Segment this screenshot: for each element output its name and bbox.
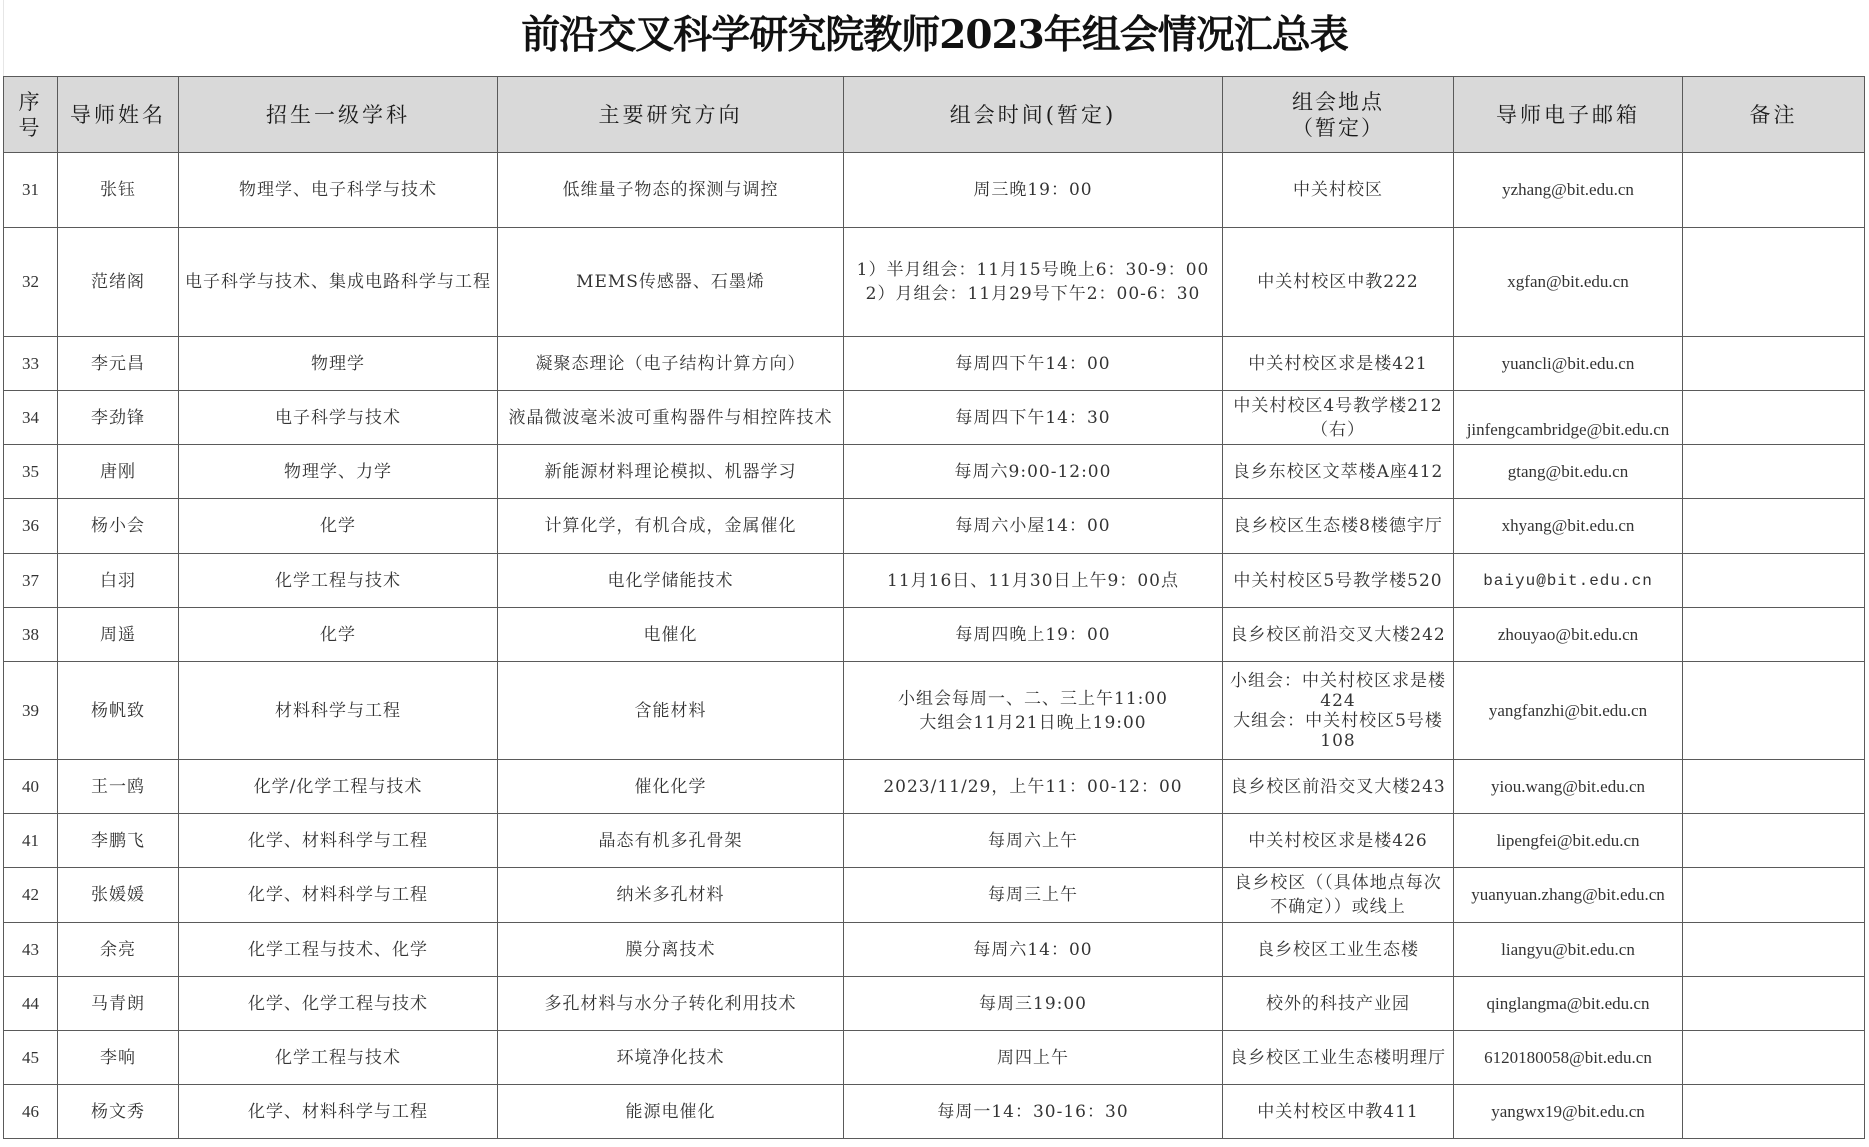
cell-time-line: 2）月组会：11月29号下午2：00-6：30 [847, 282, 1219, 306]
header-email[interactable]: 导师电子邮箱 [1454, 77, 1683, 153]
table-row: 31张钰物理学、电子科学与技术低维量子物态的探测与调控周三晚19：00中关村校区… [4, 153, 1865, 228]
header-location-line2: （暂定） [1226, 115, 1450, 141]
cell-location[interactable]: 良乡校区（（具体地点每次不确定））或线上 [1223, 868, 1454, 923]
cell-index[interactable]: 37 [4, 554, 58, 608]
cell-location-line: 小组会：中关村校区求是楼 [1226, 671, 1450, 691]
cell-remarks[interactable] [1683, 977, 1865, 1031]
cell-discipline[interactable]: 化学/化学工程与技术 [179, 760, 498, 814]
cell-location-line: 中关村校区求是楼421 [1226, 352, 1450, 376]
cell-discipline[interactable]: 化学工程与技术、化学 [179, 923, 498, 977]
cell-location-line: 大组会：中关村校区5号楼 [1226, 711, 1450, 731]
cell-time[interactable]: 1）半月组会：11月15号晚上6：30-9：002）月组会：11月29号下午2：… [844, 228, 1223, 337]
cell-time[interactable]: 每周三19:00 [844, 977, 1223, 1031]
cell-advisor[interactable]: 李鹏飞 [58, 814, 179, 868]
cell-time[interactable]: 每周六9:00-12:00 [844, 445, 1223, 499]
cell-location[interactable]: 中关村校区5号教学楼520 [1223, 554, 1454, 608]
cell-location[interactable]: 中关村校区中教411 [1223, 1085, 1454, 1139]
cell-time-line: 大组会11月21日晚上19:00 [847, 711, 1219, 735]
cell-location[interactable]: 中关村校区4号教学楼212（右） [1223, 391, 1454, 445]
cell-research[interactable]: 催化化学 [498, 760, 844, 814]
cell-time-line: 每周六小屋14：00 [847, 514, 1219, 538]
cell-time[interactable]: 每周六小屋14：00 [844, 499, 1223, 554]
cell-time-line: 每周六上午 [847, 829, 1219, 853]
header-advisor[interactable]: 导师姓名 [58, 77, 179, 153]
cell-location-line: 中关村校区中教222 [1226, 270, 1450, 294]
cell-time[interactable]: 每周三上午 [844, 868, 1223, 923]
cell-remarks[interactable] [1683, 814, 1865, 868]
table-body: 31张钰物理学、电子科学与技术低维量子物态的探测与调控周三晚19：00中关村校区… [4, 153, 1865, 1139]
cell-email[interactable]: zhouyao@bit.edu.cn [1454, 608, 1683, 662]
cell-remarks[interactable] [1683, 923, 1865, 977]
cell-email[interactable]: jinfengcambridge@bit.edu.cn [1454, 391, 1683, 445]
table-row: 34李劲锋电子科学与技术液晶微波毫米波可重构器件与相控阵技术每周四下午14：30… [4, 391, 1865, 445]
cell-remarks[interactable] [1683, 228, 1865, 337]
cell-email[interactable]: baiyu@bit.edu.cn [1454, 554, 1683, 608]
table-row: 35唐刚物理学、力学新能源材料理论模拟、机器学习每周六9:00-12:00良乡东… [4, 445, 1865, 499]
cell-discipline[interactable]: 化学工程与技术 [179, 554, 498, 608]
header-research[interactable]: 主要研究方向 [498, 77, 844, 153]
cell-location[interactable]: 良乡校区工业生态楼 [1223, 923, 1454, 977]
cell-email[interactable]: yiou.wang@bit.edu.cn [1454, 760, 1683, 814]
page-title: 前沿交叉科学研究院教师2023年组会情况汇总表 [0, 10, 1869, 60]
cell-advisor[interactable]: 张钰 [58, 153, 179, 228]
cell-remarks[interactable] [1683, 662, 1865, 760]
cell-location-line: 中关村校区4号教学楼212 [1226, 394, 1450, 418]
cell-advisor[interactable]: 白羽 [58, 554, 179, 608]
cell-advisor[interactable]: 李元昌 [58, 337, 179, 391]
cell-index[interactable]: 33 [4, 337, 58, 391]
cell-location[interactable]: 中关村校区中教222 [1223, 228, 1454, 337]
cell-discipline[interactable]: 化学、材料科学与工程 [179, 1085, 498, 1139]
cell-time[interactable]: 每周四下午14：30 [844, 391, 1223, 445]
table-row: 41李鹏飞化学、材料科学与工程晶态有机多孔骨架每周六上午中关村校区求是楼426l… [4, 814, 1865, 868]
cell-email[interactable]: yangfanzhi@bit.edu.cn [1454, 662, 1683, 760]
cell-research[interactable]: 晶态有机多孔骨架 [498, 814, 844, 868]
cell-time-line: 每周三上午 [847, 883, 1219, 907]
table-row: 33李元昌物理学凝聚态理论（电子结构计算方向）每周四下午14：00中关村校区求是… [4, 337, 1865, 391]
cell-email[interactable]: yzhang@bit.edu.cn [1454, 153, 1683, 228]
cell-location-line: 中关村校区中教411 [1226, 1100, 1450, 1124]
cell-discipline[interactable]: 化学、化学工程与技术 [179, 977, 498, 1031]
cell-research[interactable]: 计算化学，有机合成，金属催化 [498, 499, 844, 554]
cell-email[interactable]: xhyang@bit.edu.cn [1454, 499, 1683, 554]
cell-email[interactable]: yuancli@bit.edu.cn [1454, 337, 1683, 391]
cell-remarks[interactable] [1683, 337, 1865, 391]
cell-advisor[interactable]: 张媛媛 [58, 868, 179, 923]
cell-time[interactable]: 每周四晚上19：00 [844, 608, 1223, 662]
cell-time[interactable]: 小组会每周一、二、三上午11:00大组会11月21日晚上19:00 [844, 662, 1223, 760]
cell-advisor[interactable]: 李劲锋 [58, 391, 179, 445]
cell-location-line: 良乡校区工业生态楼明理厅 [1226, 1046, 1450, 1070]
cell-discipline[interactable]: 物理学 [179, 337, 498, 391]
cell-index[interactable]: 36 [4, 499, 58, 554]
cell-research[interactable]: 电催化 [498, 608, 844, 662]
cell-location-line: 良乡校区工业生态楼 [1226, 938, 1450, 962]
cell-time[interactable]: 周三晚19：00 [844, 153, 1223, 228]
cell-research[interactable]: 新能源材料理论模拟、机器学习 [498, 445, 844, 499]
cell-advisor[interactable]: 范绪阁 [58, 228, 179, 337]
table-row: 43余亮化学工程与技术、化学膜分离技术每周六14：00良乡校区工业生态楼lian… [4, 923, 1865, 977]
cell-advisor[interactable]: 马青朗 [58, 977, 179, 1031]
cell-time-line: 每周四下午14：00 [847, 352, 1219, 376]
cell-remarks[interactable] [1683, 554, 1865, 608]
cell-email[interactable]: yuanyuan.zhang@bit.edu.cn [1454, 868, 1683, 923]
cell-time-line: 周四上午 [847, 1046, 1219, 1070]
cell-index[interactable]: 32 [4, 228, 58, 337]
table-row: 36杨小会化学计算化学，有机合成，金属催化每周六小屋14：00良乡校区生态楼8楼… [4, 499, 1865, 554]
cell-time[interactable]: 每周六上午 [844, 814, 1223, 868]
cell-time-line: 11月16日、11月30日上午9：00点 [847, 569, 1219, 593]
cell-index[interactable]: 35 [4, 445, 58, 499]
table-row: 44马青朗化学、化学工程与技术多孔材料与水分子转化利用技术每周三19:00校外的… [4, 977, 1865, 1031]
cell-time[interactable]: 周四上午 [844, 1031, 1223, 1085]
cell-location[interactable]: 良乡东校区文萃楼A座412 [1223, 445, 1454, 499]
cell-location-line: 良乡校区前沿交叉大楼243 [1226, 775, 1450, 799]
cell-location[interactable]: 良乡校区生态楼8楼德宇厅 [1223, 499, 1454, 554]
cell-location-line: 良乡校区（（具体地点每次 [1226, 871, 1450, 895]
cell-research[interactable]: 凝聚态理论（电子结构计算方向） [498, 337, 844, 391]
header-location-line1: 组会地点 [1226, 89, 1450, 115]
cell-time[interactable]: 每周一14：30-16：30 [844, 1085, 1223, 1139]
cell-research[interactable]: 纳米多孔材料 [498, 868, 844, 923]
cell-advisor[interactable]: 李响 [58, 1031, 179, 1085]
cell-discipline[interactable]: 化学 [179, 499, 498, 554]
cell-remarks[interactable] [1683, 391, 1865, 445]
header-time[interactable]: 组会时间(暂定) [844, 77, 1223, 153]
cell-index[interactable]: 31 [4, 153, 58, 228]
cell-research[interactable]: 多孔材料与水分子转化利用技术 [498, 977, 844, 1031]
cell-location[interactable]: 良乡校区前沿交叉大楼242 [1223, 608, 1454, 662]
cell-time[interactable]: 每周四下午14：00 [844, 337, 1223, 391]
cell-research[interactable]: 含能材料 [498, 662, 844, 760]
cell-remarks[interactable] [1683, 1085, 1865, 1139]
cell-location-line: 中关村校区求是楼426 [1226, 829, 1450, 853]
cell-email[interactable]: qinglangma@bit.edu.cn [1454, 977, 1683, 1031]
cell-advisor[interactable]: 周遥 [58, 608, 179, 662]
cell-index[interactable]: 42 [4, 868, 58, 923]
cell-remarks[interactable] [1683, 760, 1865, 814]
cell-index[interactable]: 45 [4, 1031, 58, 1085]
cell-location[interactable]: 校外的科技产业园 [1223, 977, 1454, 1031]
table-row: 42张媛媛化学、材料科学与工程纳米多孔材料每周三上午良乡校区（（具体地点每次不确… [4, 868, 1865, 923]
cell-index[interactable]: 44 [4, 977, 58, 1031]
cell-location[interactable]: 良乡校区前沿交叉大楼243 [1223, 760, 1454, 814]
cell-location[interactable]: 小组会：中关村校区求是楼424大组会：中关村校区5号楼108 [1223, 662, 1454, 760]
header-row: 序号 导师姓名 招生一级学科 主要研究方向 组会时间(暂定) 组会地点 （暂定）… [4, 77, 1865, 153]
cell-discipline[interactable]: 化学、材料科学与工程 [179, 814, 498, 868]
cell-remarks[interactable] [1683, 868, 1865, 923]
cell-research[interactable]: MEMS传感器、石墨烯 [498, 228, 844, 337]
cell-research[interactable]: 电化学储能技术 [498, 554, 844, 608]
cell-email[interactable]: 6120180058@bit.edu.cn [1454, 1031, 1683, 1085]
cell-discipline[interactable]: 化学 [179, 608, 498, 662]
table-row: 45李响化学工程与技术环境净化技术周四上午良乡校区工业生态楼明理厅6120180… [4, 1031, 1865, 1085]
cell-location-line: 良乡校区生态楼8楼德宇厅 [1226, 514, 1450, 538]
cell-time-line: 每周三19:00 [847, 992, 1219, 1016]
header-discipline[interactable]: 招生一级学科 [179, 77, 498, 153]
table-row: 46杨文秀化学、材料科学与工程能源电催化每周一14：30-16：30中关村校区中… [4, 1085, 1865, 1139]
cell-time-line: 2023/11/29，上午11：00-12：00 [847, 775, 1219, 799]
cell-location[interactable]: 中关村校区 [1223, 153, 1454, 228]
cell-discipline[interactable]: 物理学、电子科学与技术 [179, 153, 498, 228]
cell-time[interactable]: 2023/11/29，上午11：00-12：00 [844, 760, 1223, 814]
cell-discipline[interactable]: 材料科学与工程 [179, 662, 498, 760]
header-remarks[interactable]: 备注 [1683, 77, 1865, 153]
cell-time-line: 每周一14：30-16：30 [847, 1100, 1219, 1124]
cell-location-line: 424 [1226, 691, 1450, 711]
cell-discipline[interactable]: 物理学、力学 [179, 445, 498, 499]
cell-discipline[interactable]: 电子科学与技术、集成电路科学与工程 [179, 228, 498, 337]
cell-research[interactable]: 低维量子物态的探测与调控 [498, 153, 844, 228]
cell-advisor[interactable]: 杨小会 [58, 499, 179, 554]
header-index[interactable]: 序号 [4, 77, 58, 153]
cell-advisor[interactable]: 杨文秀 [58, 1085, 179, 1139]
cell-email[interactable]: lipengfei@bit.edu.cn [1454, 814, 1683, 868]
cell-location[interactable]: 中关村校区求是楼426 [1223, 814, 1454, 868]
cell-time[interactable]: 每周六14：00 [844, 923, 1223, 977]
table-row: 39杨帆致材料科学与工程含能材料小组会每周一、二、三上午11:00大组会11月2… [4, 662, 1865, 760]
cell-location-line: 良乡校区前沿交叉大楼242 [1226, 623, 1450, 647]
cell-research[interactable]: 能源电催化 [498, 1085, 844, 1139]
cell-time-line: 1）半月组会：11月15号晚上6：30-9：00 [847, 258, 1219, 282]
cell-index[interactable]: 38 [4, 608, 58, 662]
cell-index[interactable]: 39 [4, 662, 58, 760]
cell-location[interactable]: 良乡校区工业生态楼明理厅 [1223, 1031, 1454, 1085]
table-row: 37白羽化学工程与技术电化学储能技术11月16日、11月30日上午9：00点中关… [4, 554, 1865, 608]
cell-discipline[interactable]: 化学、材料科学与工程 [179, 868, 498, 923]
cell-advisor[interactable]: 余亮 [58, 923, 179, 977]
cell-time-line: 每周六14：00 [847, 938, 1219, 962]
cell-time-line: 每周四晚上19：00 [847, 623, 1219, 647]
cell-advisor[interactable]: 王一鸥 [58, 760, 179, 814]
cell-remarks[interactable] [1683, 1031, 1865, 1085]
cell-remarks[interactable] [1683, 499, 1865, 554]
cell-time-line: 周三晚19：00 [847, 178, 1219, 202]
cell-time-line: 每周四下午14：30 [847, 406, 1219, 430]
cell-time-line: 每周六9:00-12:00 [847, 460, 1219, 484]
cell-email[interactable]: liangyu@bit.edu.cn [1454, 923, 1683, 977]
cell-research[interactable]: 膜分离技术 [498, 923, 844, 977]
table-row: 40王一鸥化学/化学工程与技术催化化学2023/11/29，上午11：00-12… [4, 760, 1865, 814]
cell-location[interactable]: 中关村校区求是楼421 [1223, 337, 1454, 391]
header-location[interactable]: 组会地点 （暂定） [1223, 77, 1454, 153]
cell-location-line: （右） [1226, 418, 1450, 442]
cell-index[interactable]: 34 [4, 391, 58, 445]
cell-research[interactable]: 环境净化技术 [498, 1031, 844, 1085]
cell-time[interactable]: 11月16日、11月30日上午9：00点 [844, 554, 1223, 608]
cell-index[interactable]: 43 [4, 923, 58, 977]
cell-discipline[interactable]: 化学工程与技术 [179, 1031, 498, 1085]
cell-email[interactable]: yangwx19@bit.edu.cn [1454, 1085, 1683, 1139]
cell-location-line: 校外的科技产业园 [1226, 992, 1450, 1016]
cell-remarks[interactable] [1683, 608, 1865, 662]
cell-index[interactable]: 40 [4, 760, 58, 814]
cell-discipline[interactable]: 电子科学与技术 [179, 391, 498, 445]
cell-email[interactable]: xgfan@bit.edu.cn [1454, 228, 1683, 337]
table-row: 32范绪阁电子科学与技术、集成电路科学与工程MEMS传感器、石墨烯1）半月组会：… [4, 228, 1865, 337]
cell-index[interactable]: 41 [4, 814, 58, 868]
cell-location-line: 良乡东校区文萃楼A座412 [1226, 460, 1450, 484]
cell-location-line: 中关村校区 [1226, 178, 1450, 202]
cell-advisor[interactable]: 杨帆致 [58, 662, 179, 760]
cell-index[interactable]: 46 [4, 1085, 58, 1139]
cell-time-line: 小组会每周一、二、三上午11:00 [847, 687, 1219, 711]
cell-advisor[interactable]: 唐刚 [58, 445, 179, 499]
cell-email[interactable]: gtang@bit.edu.cn [1454, 445, 1683, 499]
cell-research[interactable]: 液晶微波毫米波可重构器件与相控阵技术 [498, 391, 844, 445]
cell-remarks[interactable] [1683, 153, 1865, 228]
cell-location-line: 108 [1226, 731, 1450, 751]
cell-location-line: 中关村校区5号教学楼520 [1226, 569, 1450, 593]
cell-location-line: 不确定））或线上 [1226, 895, 1450, 919]
cell-remarks[interactable] [1683, 445, 1865, 499]
meeting-summary-table: 序号 导师姓名 招生一级学科 主要研究方向 组会时间(暂定) 组会地点 （暂定）… [3, 76, 1865, 1139]
table-row: 38周遥化学电催化每周四晚上19：00良乡校区前沿交叉大楼242zhouyao@… [4, 608, 1865, 662]
